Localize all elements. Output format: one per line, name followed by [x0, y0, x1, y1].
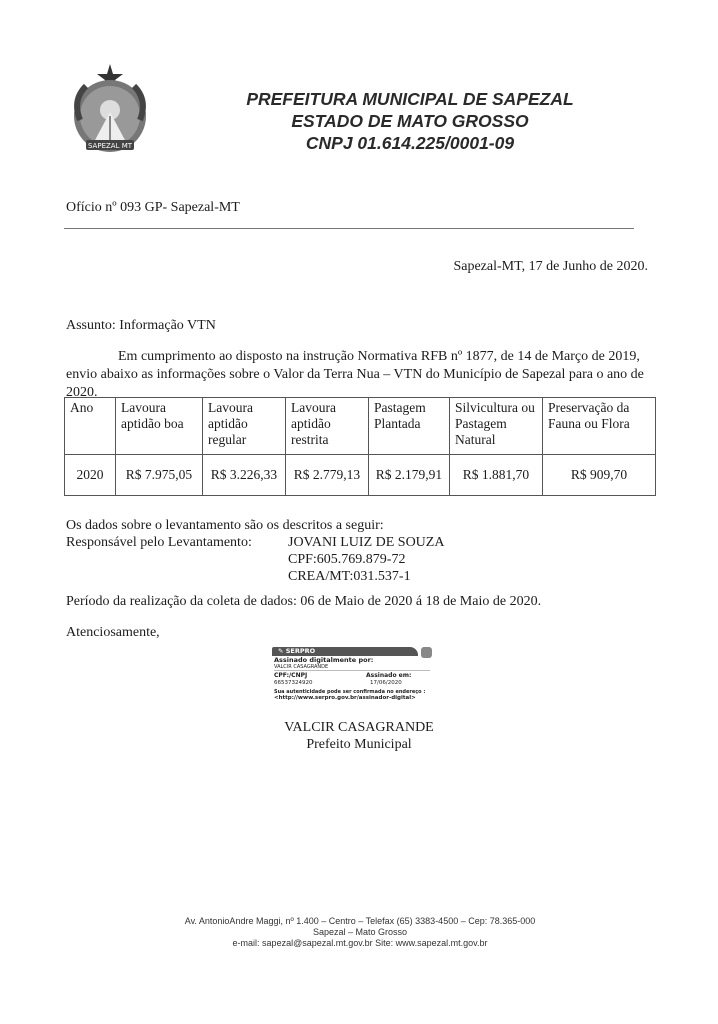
verify-url: <http://www.serpro.gov.br/assinador-digi… [274, 695, 416, 701]
header-cell: Silvicultura ou Pastagem Natural [450, 398, 543, 455]
header-cell: Lavoura aptidão restrita [286, 398, 369, 455]
footer-contact: e-mail: sapezal@sapezal.mt.gov.br Site: … [150, 938, 570, 949]
footer-city: Sapezal – Mato Grosso [150, 927, 570, 938]
table-cell: R$ 7.975,05 [116, 455, 203, 496]
collection-period: Período da realização da coleta de dados… [66, 594, 541, 610]
cpf-label: CPF:/CNPJ [274, 672, 307, 679]
survey-details: Os dados sobre o levantamento são os des… [66, 517, 444, 585]
signatory: VALCIR CASAGRANDE Prefeito Municipal [259, 719, 459, 753]
responsible-label: Responsável pelo Levantamento: [66, 534, 288, 551]
table-cell: R$ 2.179,91 [369, 455, 450, 496]
header-cell: Preservação da Fauna ou Flora [543, 398, 656, 455]
footer-address: Av. AntonioAndre Maggi, nº 1.400 – Centr… [150, 916, 570, 927]
signed-by-label: Assinado digitalmente por: [274, 656, 373, 664]
header-cell: Pastagem Plantada [369, 398, 450, 455]
table-row: 2020 R$ 7.975,05 R$ 3.226,33 R$ 2.779,13… [65, 455, 656, 496]
signed-on-label: Assinado em: [366, 672, 411, 679]
table-cell: R$ 1.881,70 [450, 455, 543, 496]
place-date: Sapezal-MT, 17 de Junho de 2020. [453, 259, 648, 275]
closing: Atenciosamente, [66, 625, 160, 641]
letterhead-state: ESTADO DE MATO GROSSO [200, 110, 620, 132]
table-cell: R$ 3.226,33 [203, 455, 286, 496]
vtn-table: Ano Lavoura aptidão boa Lavoura aptidão … [64, 397, 656, 496]
table-cell: R$ 2.779,13 [286, 455, 369, 496]
header-cell: Lavoura aptidão regular [203, 398, 286, 455]
cpf-value: 66537324920 [274, 680, 313, 686]
letterhead: PREFEITURA MUNICIPAL DE SAPEZAL ESTADO D… [200, 88, 620, 154]
subject-line: Assunto: Informação VTN [66, 318, 216, 334]
signed-on-value: 17/06/2020 [370, 680, 402, 686]
document-reference: Ofício nº 093 GP- Sapezal-MT [66, 200, 240, 216]
header-cell: Lavoura aptidão boa [116, 398, 203, 455]
survey-intro: Os dados sobre o levantamento são os des… [66, 517, 444, 534]
body-paragraph: Em cumprimento ao disposto na instrução … [66, 348, 658, 402]
header-cell: Ano [65, 398, 116, 455]
signatory-title: Prefeito Municipal [259, 736, 459, 753]
digital-signature-stamp: ✎ SERPRO Assinado digitalmente por: VALC… [272, 647, 436, 705]
serpro-brand: ✎ SERPRO [272, 647, 418, 656]
responsible-crea: CREA/MT:031.537-1 [288, 568, 411, 585]
table-cell: R$ 909,70 [543, 455, 656, 496]
responsible-name: JOVANI LUIZ DE SOUZA [288, 534, 444, 551]
letterhead-cnpj: CNPJ 01.614.225/0001-09 [200, 132, 620, 154]
signatory-name: VALCIR CASAGRANDE [259, 719, 459, 736]
divider [64, 228, 634, 229]
table-cell: 2020 [65, 455, 116, 496]
certificate-icon [421, 647, 432, 658]
responsible-cpf: CPF:605.769.879-72 [288, 551, 405, 568]
municipal-seal-icon: SAPEZAL MT [58, 60, 162, 164]
signature-icon: ✎ [278, 647, 286, 655]
letterhead-title: PREFEITURA MUNICIPAL DE SAPEZAL [200, 88, 620, 110]
table-header-row: Ano Lavoura aptidão boa Lavoura aptidão … [65, 398, 656, 455]
footer: Av. AntonioAndre Maggi, nº 1.400 – Centr… [150, 916, 570, 949]
svg-text:SAPEZAL MT: SAPEZAL MT [88, 142, 133, 150]
